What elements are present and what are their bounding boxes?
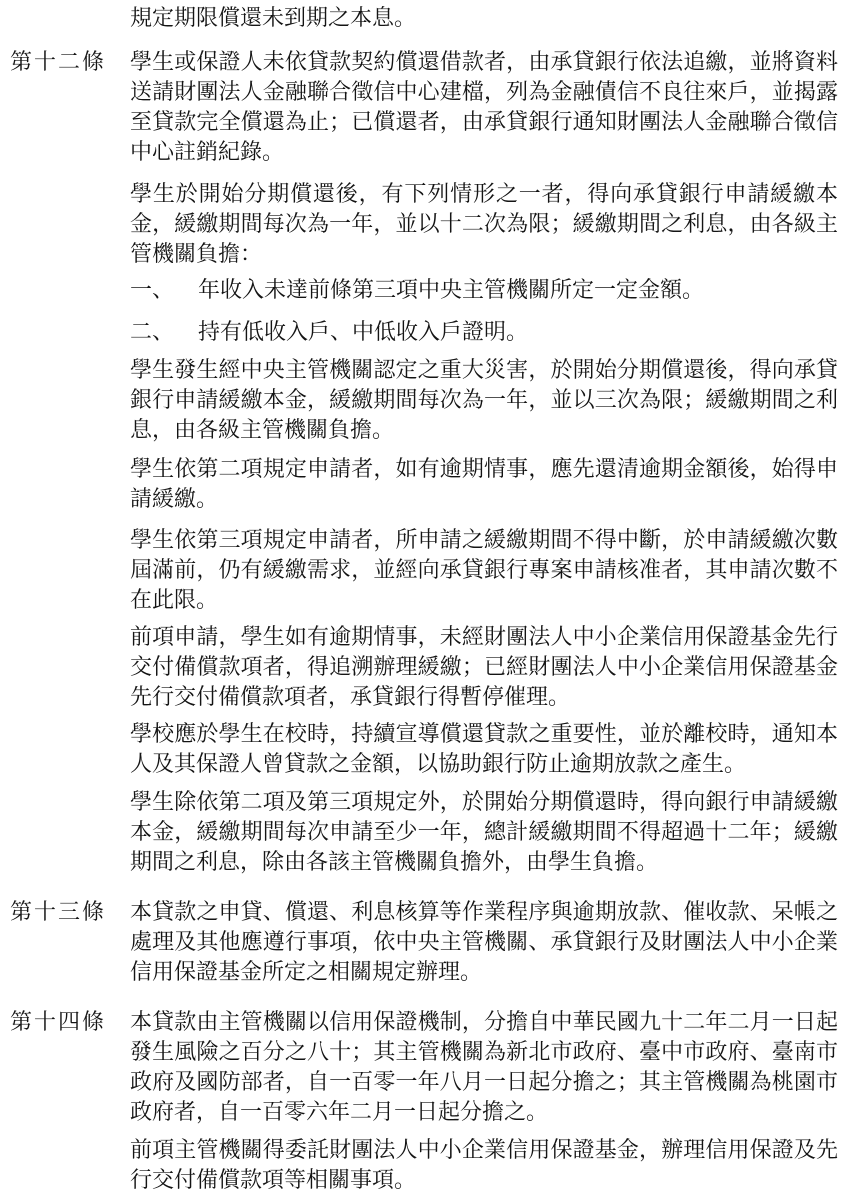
article-paragraph: 學生依第二項規定申請者，如有逾期情事，應先還清逾期金額後，始得申請緩繳。 (130, 454, 838, 514)
article-12: 第十二條 學生或保證人未依貸款契約償還借款者，由承貸銀行依法追繳，並將資料送請財… (10, 47, 838, 877)
article-number: 第十四條 (10, 1007, 130, 1037)
document-page: 規定期限償還未到期之本息。 第十二條 學生或保證人未依貸款契約償還借款者，由承貸… (0, 0, 851, 1200)
list-item-marker: 一、 (130, 275, 174, 305)
continuation-row: 規定期限償還未到期之本息。 (10, 3, 838, 33)
list-item: 二、 持有低收入戶、中低收入戶證明。 (130, 317, 838, 347)
article-paragraph: 學生或保證人未依貸款契約償還借款者，由承貸銀行依法追繳，並將資料送請財團法人金融… (130, 47, 838, 167)
list-item-text: 持有低收入戶、中低收入戶證明。 (198, 317, 838, 347)
article-paragraph: 學生發生經中央主管機關認定之重大災害，於開始分期償還後，得向承貸銀行申請緩繳本金… (130, 355, 838, 445)
article-paragraph: 前項主管機關得委託財團法人中小企業信用保證基金，辦理信用保證及先行交付備償款項等… (130, 1135, 838, 1195)
article-paragraph: 學生除依第二項及第三項規定外，於開始分期償還時，得向銀行申請緩繳本金，緩繳期間每… (130, 787, 838, 877)
article-paragraph: 本貸款由主管機關以信用保證機制，分擔自中華民國九十二年二月一日起發生風險之百分之… (130, 1007, 838, 1127)
list-item: 一、 年收入未達前條第三項中央主管機關所定一定金額。 (130, 275, 838, 305)
article-paragraph: 學生於開始分期償還後，有下列情形之一者，得向承貸銀行申請緩繳本金，緩繳期間每次為… (130, 179, 838, 269)
article-number: 第十二條 (10, 47, 130, 77)
article-paragraph: 學生依第三項規定申請者，所申請之緩繳期間不得中斷，於申請緩繳次數屆滿前，仍有緩繳… (130, 525, 838, 615)
list-item-marker: 二、 (130, 317, 174, 347)
article-14: 第十四條 本貸款由主管機關以信用保證機制，分擔自中華民國九十二年二月一日起發生風… (10, 1007, 838, 1195)
list-item-text: 年收入未達前條第三項中央主管機關所定一定金額。 (198, 275, 838, 305)
article-13: 第十三條 本貸款之申貸、償還、利息核算等作業程序與逾期放款、催收款、呆帳之處理及… (10, 897, 838, 987)
article-paragraph: 前項申請，學生如有逾期情事，未經財團法人中小企業信用保證基金先行交付備償款項者，… (130, 622, 838, 712)
continuation-paragraph: 規定期限償還未到期之本息。 (130, 3, 838, 33)
article-number: 第十三條 (10, 897, 130, 927)
article-paragraph: 本貸款之申貸、償還、利息核算等作業程序與逾期放款、催收款、呆帳之處理及其他應遵行… (130, 897, 838, 987)
article-paragraph: 學校應於學生在校時，持續宣導償還貸款之重要性，並於離校時，通知本人及其保證人曾貸… (130, 719, 838, 779)
